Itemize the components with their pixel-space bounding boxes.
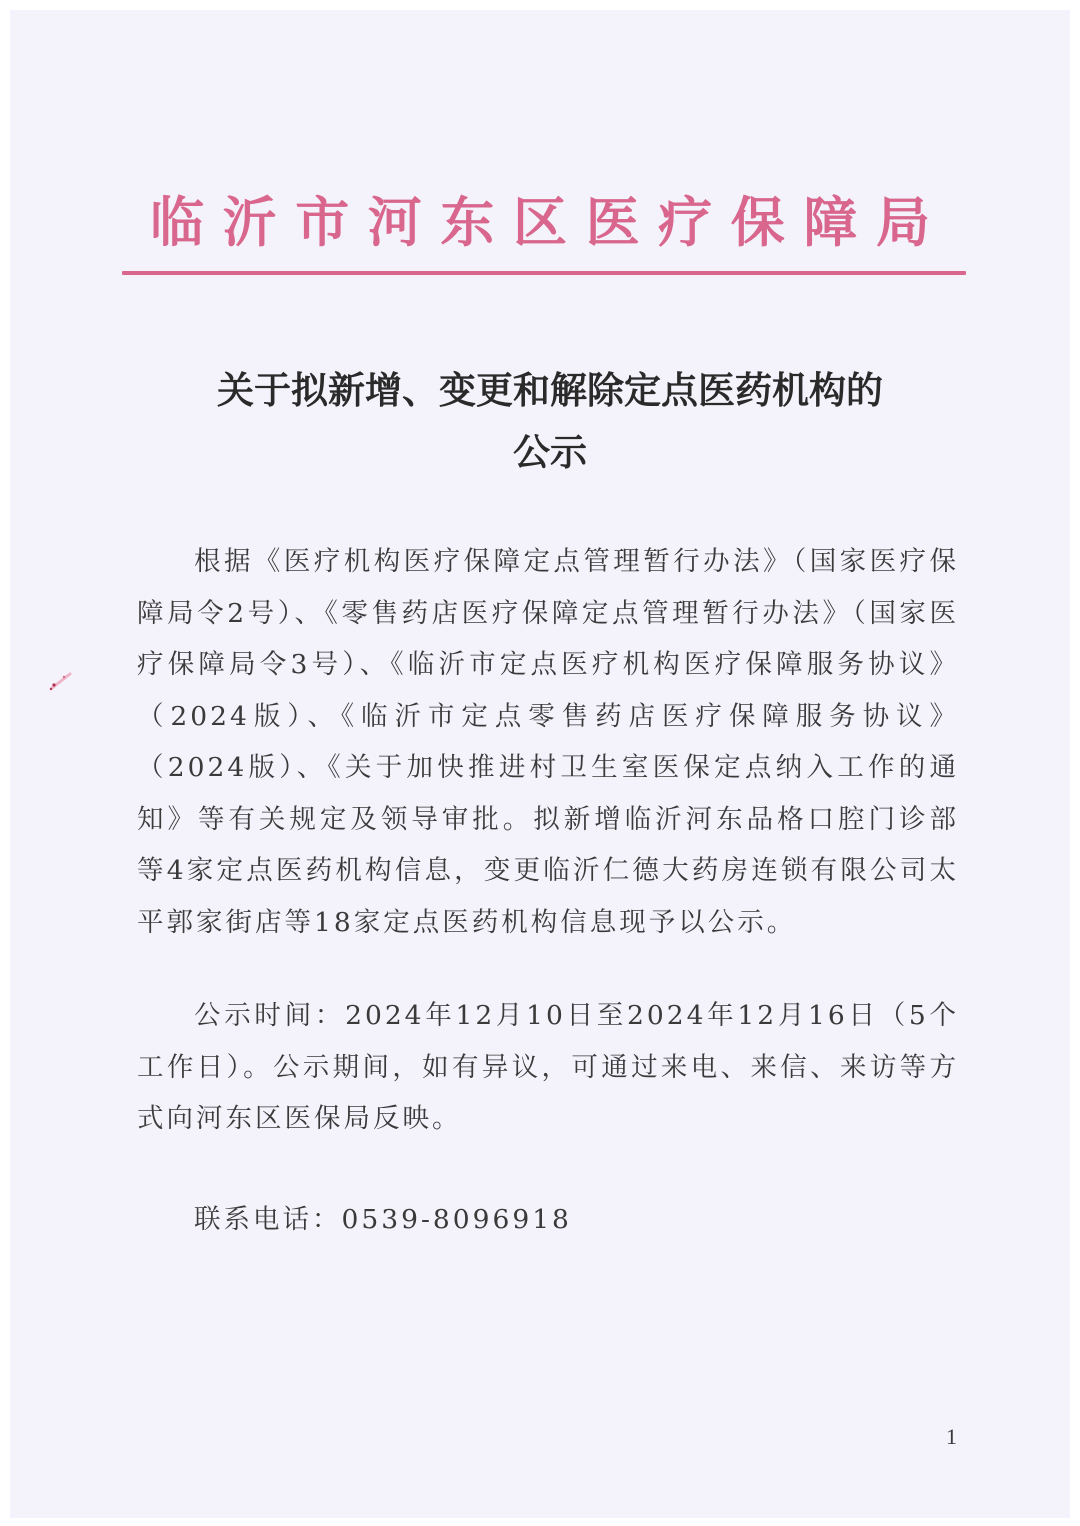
page-number: 1 xyxy=(946,1424,957,1450)
letterhead-title: 临 沂 市 河 东 区 医 疗 保 障 局 xyxy=(150,178,930,258)
letterhead-char: 河 xyxy=(368,180,422,257)
letterhead-char: 医 xyxy=(586,180,640,257)
body-paragraph-period: 公示时间：2024年12月10日至2024年12月16日（5个工作日）。公示期间… xyxy=(137,990,959,1145)
body-paragraph-basis: 根据《医疗机构医疗保障定点管理暂行办法》（国家医疗保障局令2号）、《零售药店医疗… xyxy=(137,536,959,948)
letterhead-char: 沂 xyxy=(223,180,277,257)
stamp-fragment-icon xyxy=(48,670,74,692)
letterhead-char: 临 xyxy=(150,180,204,257)
letterhead-char: 市 xyxy=(295,180,349,257)
letterhead-char: 区 xyxy=(513,180,567,257)
document-title-continued: 公示 xyxy=(120,434,980,471)
document-title: 关于拟新增、变更和解除定点医药机构的 xyxy=(120,372,980,409)
letterhead-char: 疗 xyxy=(658,180,712,257)
document-page: 临 沂 市 河 东 区 医 疗 保 障 局 关于拟新增、变更和解除定点医药机构的… xyxy=(10,10,1070,1518)
letterhead-char: 障 xyxy=(803,180,857,257)
letterhead-char: 局 xyxy=(876,180,930,257)
contact-phone-line: 联系电话：0539-8096918 xyxy=(137,1194,959,1246)
letterhead-char: 东 xyxy=(440,180,494,257)
letterhead-char: 保 xyxy=(731,180,785,257)
letterhead-divider xyxy=(122,271,966,275)
